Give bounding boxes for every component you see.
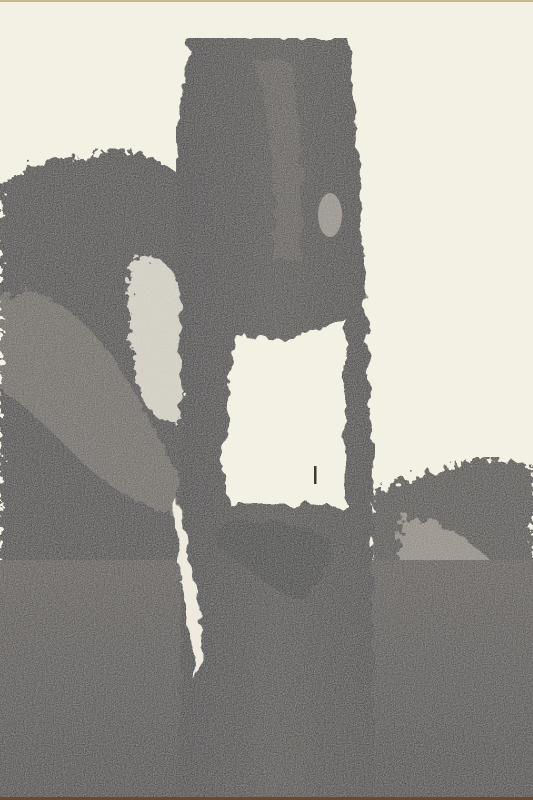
tower-scene (0, 0, 533, 800)
photogravure-print (0, 0, 533, 800)
top-border (0, 0, 533, 2)
tower-window (222, 318, 345, 505)
tiny-figure (314, 466, 317, 484)
